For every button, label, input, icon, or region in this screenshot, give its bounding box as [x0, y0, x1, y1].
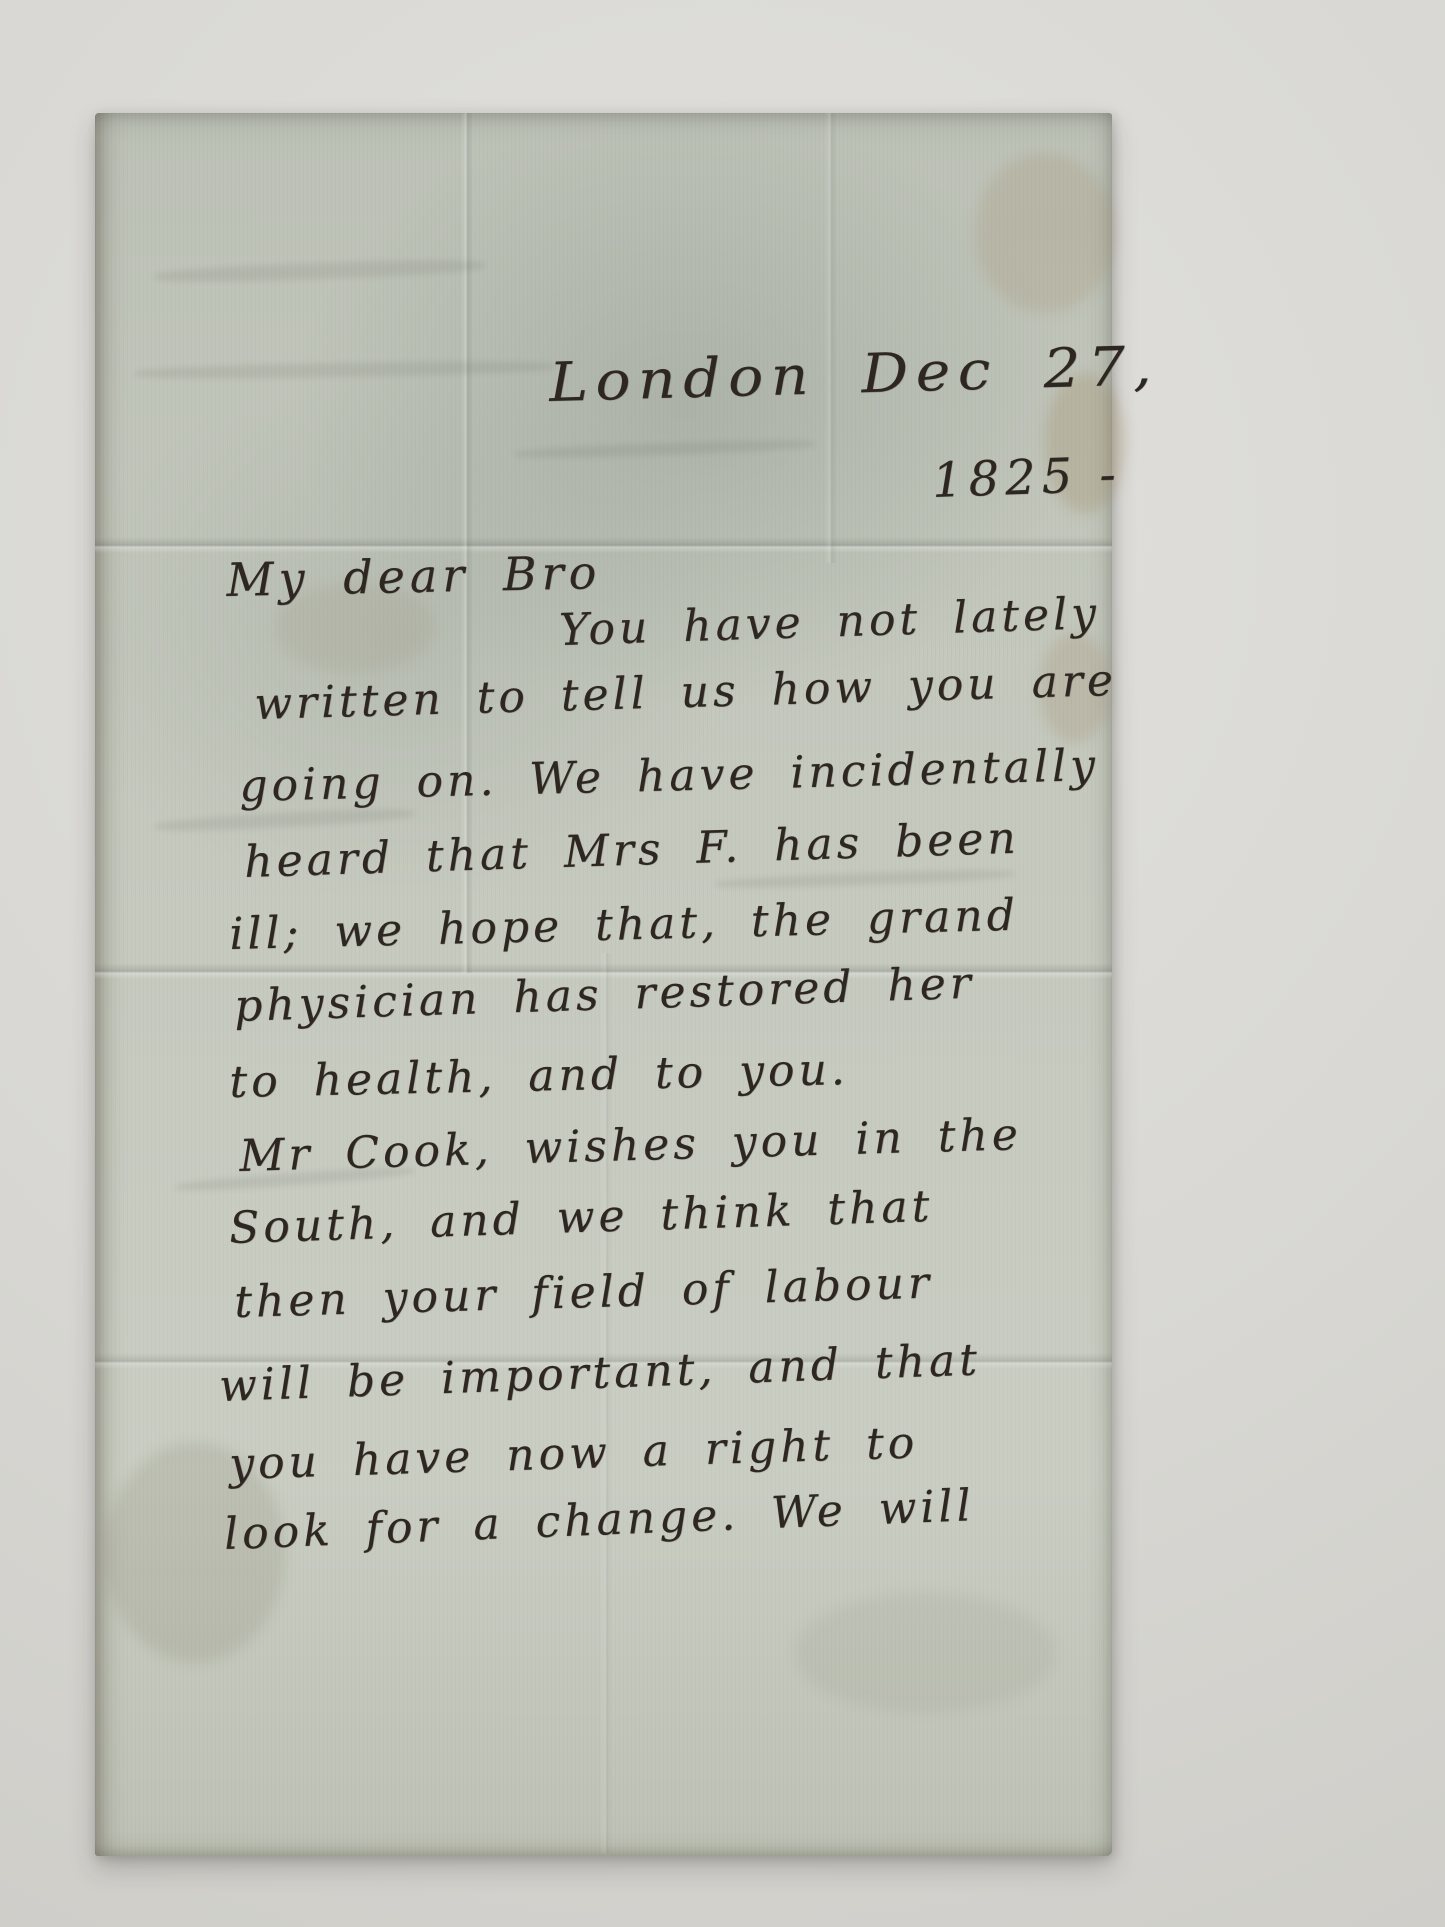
letter-body-line: will be important, and that — [218, 1334, 981, 1412]
letter-photo: London Dec 27, 1825 - My dear Bro You ha… — [0, 0, 1445, 1927]
letter-body-line: Mr Cook, wishes you in the — [239, 1109, 1023, 1182]
letter-body-line: You have not lately — [558, 588, 1100, 656]
horizontal-fold-crease — [95, 537, 1112, 553]
letter-body-line: ill; we hope that, the grand — [229, 890, 1020, 960]
letter-paper-sheet: London Dec 27, 1825 - My dear Bro You ha… — [95, 113, 1112, 1856]
letter-body-line: heard that Mrs F. has been — [243, 813, 1020, 888]
show-through-mark — [135, 359, 555, 380]
show-through-mark — [515, 438, 815, 460]
letter-body-line: you have now a right to — [228, 1417, 919, 1490]
letter-body-line: physician has restored her — [233, 958, 975, 1032]
letter-body-line: then your field of labour — [234, 1258, 934, 1328]
vertical-fold-crease — [825, 113, 837, 563]
letter-body-line: going on. We have incidentally — [239, 740, 1100, 812]
letter-year: 1825 - — [931, 446, 1122, 509]
age-stain — [795, 1593, 1055, 1713]
letter-body-line: to health, and to you. — [229, 1044, 849, 1108]
show-through-mark — [155, 257, 485, 285]
letter-body-line: written to tell us how you are — [254, 655, 1118, 730]
letter-body-line: look for a change. We will — [223, 1480, 975, 1560]
letter-body-line: South, and we think that — [228, 1181, 934, 1254]
letter-salutation: My dear Bro — [226, 545, 602, 607]
letter-dateline: London Dec 27, — [548, 334, 1159, 414]
age-stain — [975, 153, 1115, 313]
